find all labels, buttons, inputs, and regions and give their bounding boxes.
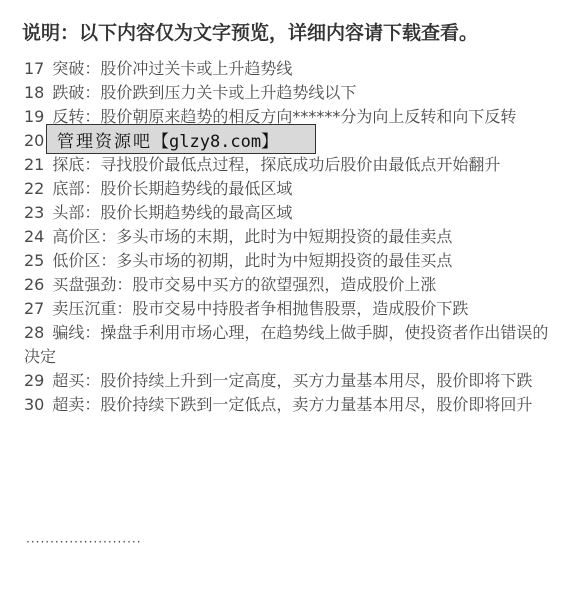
entry-text: 超卖：股价持续下跌到一定低点，卖方力量基本用尽，股价即将回升 <box>52 395 532 414</box>
entry-number: 20 <box>24 131 44 150</box>
glossary-entry: 23头部：股价长期趋势线的最高区域 <box>24 201 559 225</box>
entry-text: 探底：寻找股价最低点过程，探底成功后股价由最低点开始翻升 <box>52 155 500 174</box>
glossary-entry: 30超卖：股价持续下跌到一定低点，卖方力量基本用尽，股价即将回升 <box>24 393 559 417</box>
entry-number: 27 <box>24 299 44 318</box>
entry-number: 19 <box>24 107 44 126</box>
entry-text: 骗线：操盘手利用市场心理，在趋势线上做手脚，使投资者作出错误的决定 <box>24 323 548 366</box>
glossary-list: 17突破：股价冲过关卡或上升趋势线 18跌破：股价跌到压力关卡或上升趋势线以下 … <box>24 57 559 417</box>
glossary-entry: 29超买：股价持续上升到一定高度，买方力量基本用尽，股价即将下跌 <box>24 369 559 393</box>
watermark-brand: 管理资源吧 <box>57 127 152 152</box>
glossary-entry: 18跌破：股价跌到压力关卡或上升趋势线以下 <box>24 81 559 105</box>
entry-text: 突破：股价冲过关卡或上升趋势线 <box>52 59 292 78</box>
entry-number: 25 <box>24 251 44 270</box>
watermark-url: 【glzy8.com】 <box>152 127 278 152</box>
glossary-entry: 24高价区：多头市场的末期，此时为中短期投资的最佳卖点 <box>24 225 559 249</box>
glossary-entry: 22底部：股价长期趋势线的最低区域 <box>24 177 559 201</box>
entry-text: 高价区：多头市场的末期，此时为中短期投资的最佳卖点 <box>52 227 452 246</box>
entry-text: 跌破：股价跌到压力关卡或上升趋势线以下 <box>52 83 356 102</box>
glossary-entry: 27卖压沉重：股市交易中持股者争相抛售股票，造成股价下跌 <box>24 297 559 321</box>
entry-number: 28 <box>24 323 44 342</box>
entry-text: 底部：股价长期趋势线的最低区域 <box>52 179 292 198</box>
entry-number: 18 <box>24 83 44 102</box>
preview-notice: 说明：以下内容仅为文字预览，详细内容请下载查看。 <box>22 18 478 45</box>
entry-number: 26 <box>24 275 44 294</box>
glossary-entry: 28骗线：操盘手利用市场心理，在趋势线上做手脚，使投资者作出错误的决定 <box>24 321 559 369</box>
continuation-ellipsis: ························ <box>26 535 142 549</box>
glossary-entry: 21探底：寻找股价最低点过程，探底成功后股价由最低点开始翻升 <box>24 153 559 177</box>
glossary-entry: 26买盘强劲：股市交易中买方的欲望强烈，造成股价上涨 <box>24 273 559 297</box>
entry-text: 超买：股价持续上升到一定高度，买方力量基本用尽，股价即将下跌 <box>52 371 532 390</box>
watermark-banner: 管理资源吧 【glzy8.com】 <box>46 124 316 154</box>
entry-number: 22 <box>24 179 44 198</box>
entry-number: 17 <box>24 59 44 78</box>
entry-number: 29 <box>24 371 44 390</box>
entry-number: 21 <box>24 155 44 174</box>
glossary-entry: 25低价区：多头市场的初期，此时为中短期投资的最佳买点 <box>24 249 559 273</box>
entry-text: 买盘强劲：股市交易中买方的欲望强烈，造成股价上涨 <box>52 275 436 294</box>
entry-text: 头部：股价长期趋势线的最高区域 <box>52 203 292 222</box>
entry-text: 低价区：多头市场的初期，此时为中短期投资的最佳买点 <box>52 251 452 270</box>
entry-number: 23 <box>24 203 44 222</box>
entry-text: 卖压沉重：股市交易中持股者争相抛售股票，造成股价下跌 <box>52 299 468 318</box>
entry-number: 24 <box>24 227 44 246</box>
glossary-entry: 17突破：股价冲过关卡或上升趋势线 <box>24 57 559 81</box>
entry-number: 30 <box>24 395 44 414</box>
